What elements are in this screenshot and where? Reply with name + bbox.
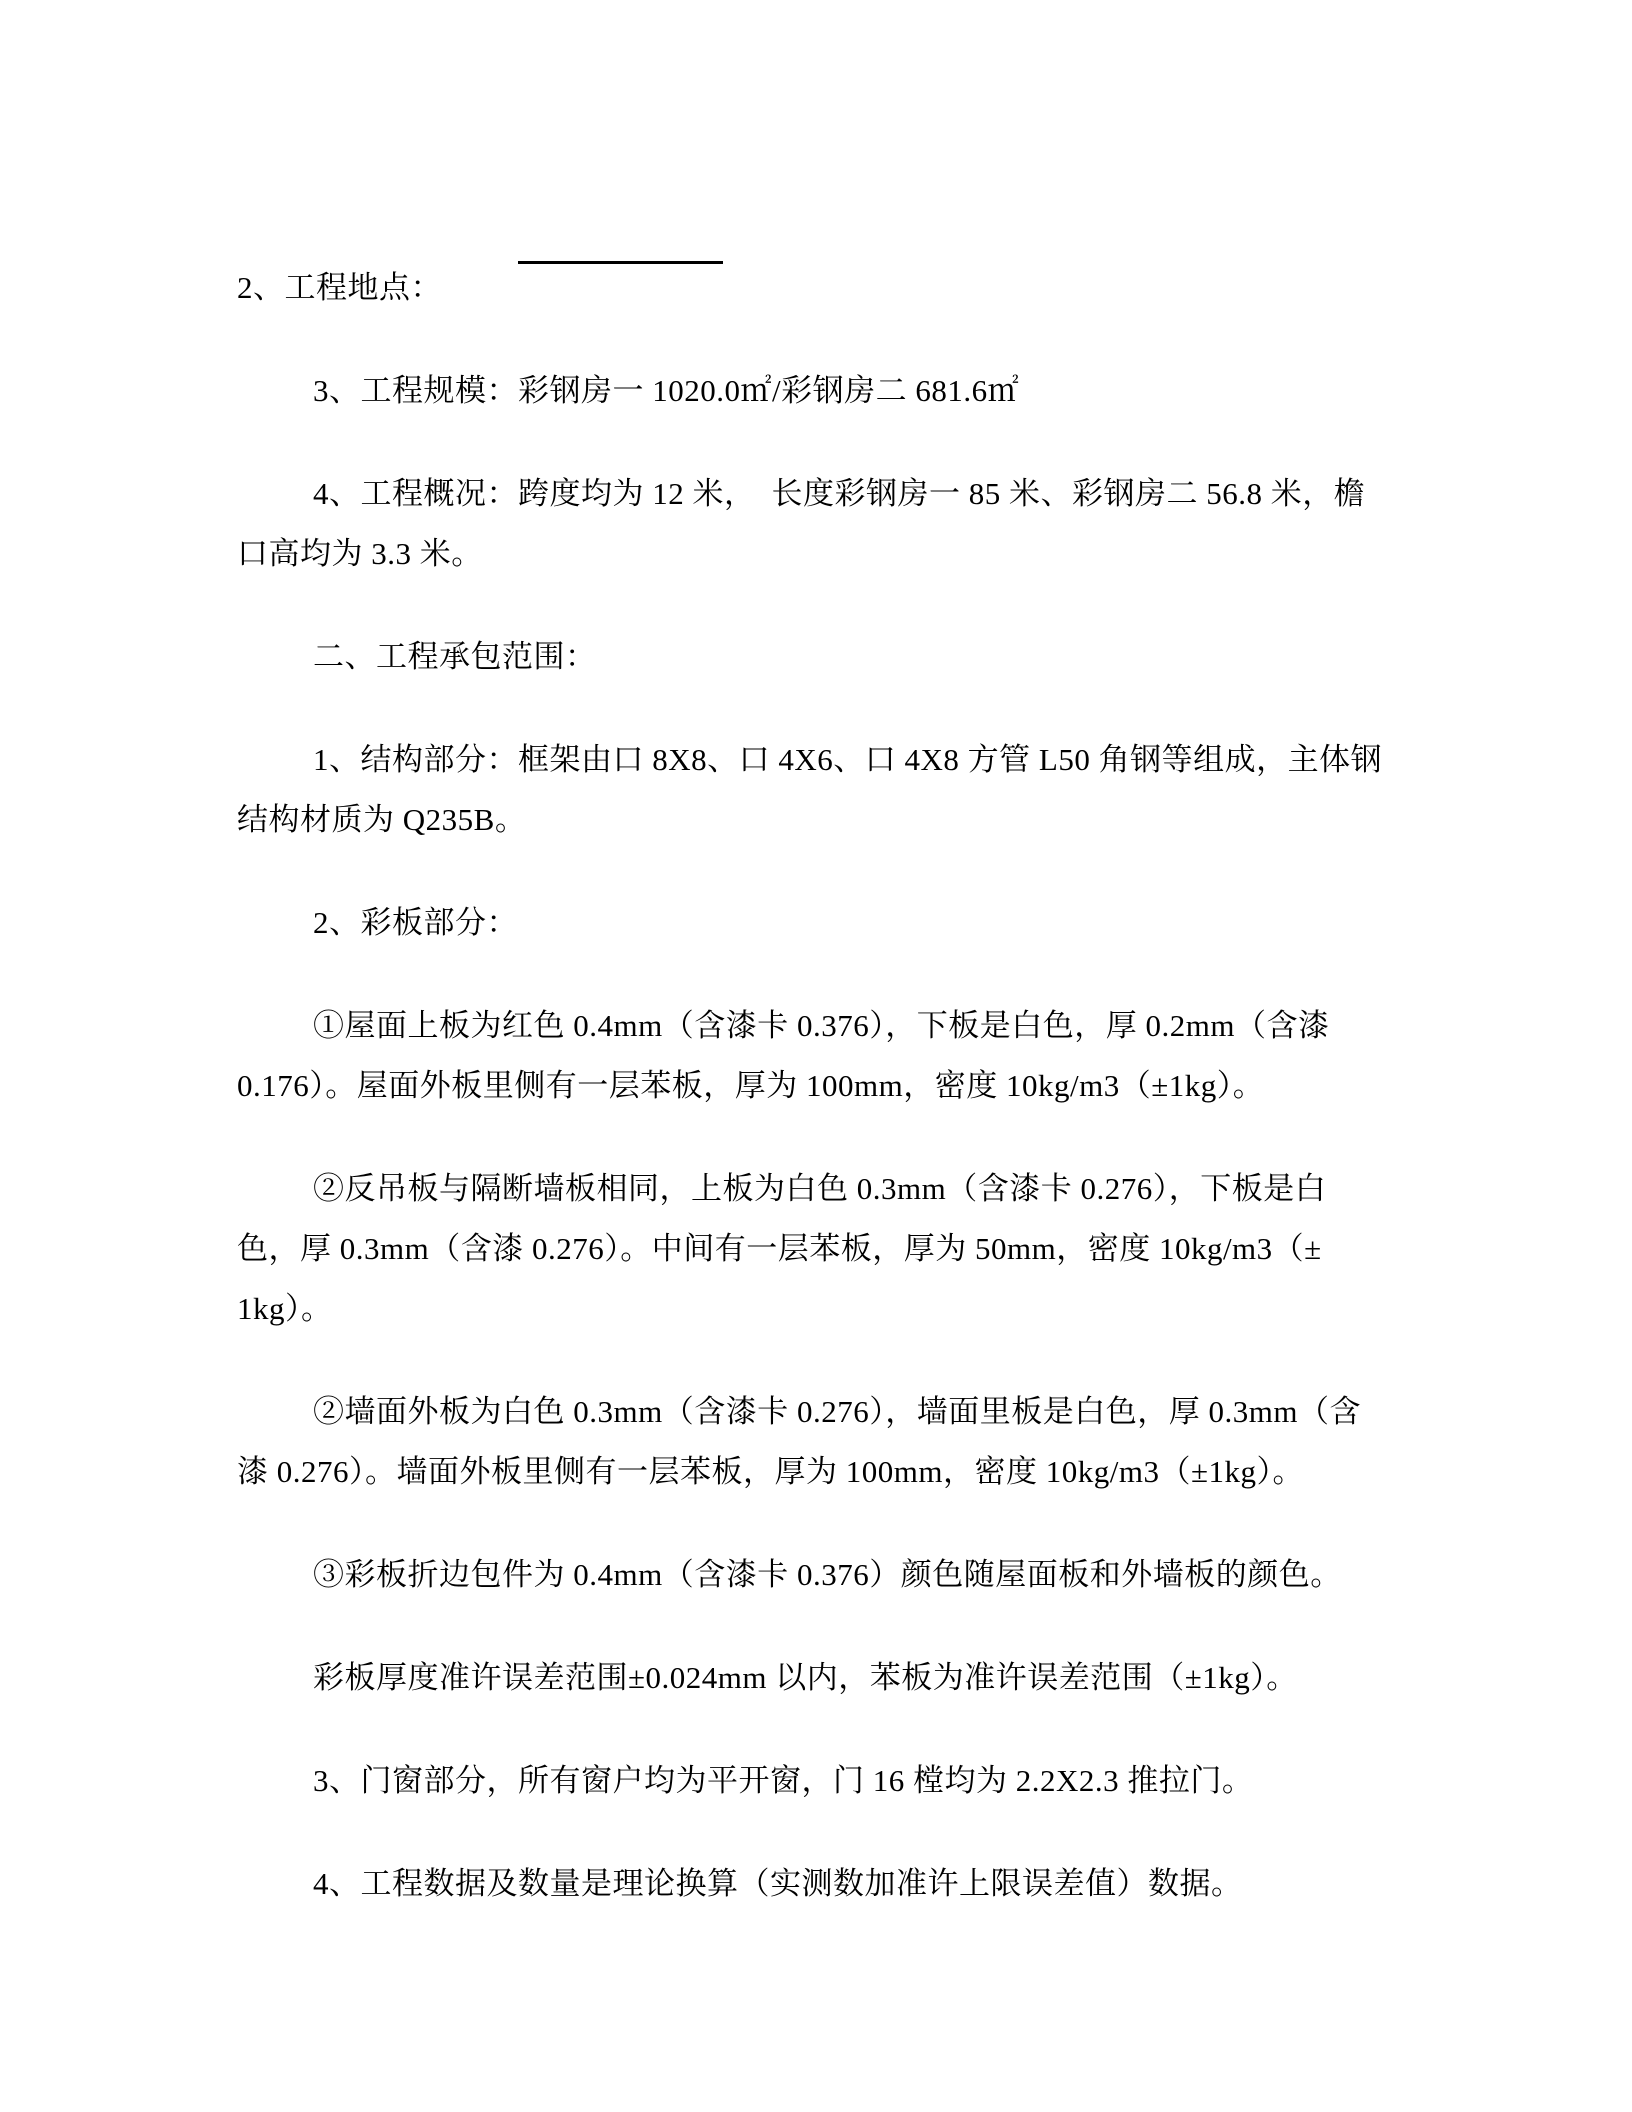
text-line: 口高均为 3.3 米。 [237,524,1467,584]
document-body: 2、工程地点： 3、工程规模：彩钢房一 1020.0㎡/彩钢房二 681.6㎡ … [237,258,1467,1914]
text-line: ①屋面上板为红色 0.4mm（含漆卡 0.376），下板是白色，厚 0.2mm（… [237,996,1467,1056]
text-line: ②墙面外板为白色 0.3mm（含漆卡 0.276），墙面里板是白色，厚 0.3m… [237,1382,1467,1442]
text-line: 0.176）。屋面外板里侧有一层苯板，厚为 100mm，密度 10kg/m3（±… [237,1056,1467,1116]
text-line: 2、工程地点： [237,258,1467,318]
text-line: 漆 0.276）。墙面外板里侧有一层苯板，厚为 100mm，密度 10kg/m3… [237,1442,1467,1502]
paragraph-ceiling-panel: ②反吊板与隔断墙板相同，上板为白色 0.3mm（含漆卡 0.276），下板是白 … [237,1159,1467,1339]
paragraph-roof-panel: ①屋面上板为红色 0.4mm（含漆卡 0.376），下板是白色，厚 0.2mm（… [237,996,1467,1116]
paragraph-doors-windows: 3、门窗部分，所有窗户均为平开窗，门 16 樘均为 2.2X2.3 推拉门。 [237,1751,1467,1811]
document-page: 2、工程地点： 3、工程规模：彩钢房一 1020.0㎡/彩钢房二 681.6㎡ … [0,0,1632,2112]
text-line: 1、结构部分：框架由口 8X8、口 4X6、口 4X8 方管 L50 角钢等组成… [237,730,1467,790]
paragraph-project-overview: 4、工程概况：跨度均为 12 米， 长度彩钢房一 85 米、彩钢房二 56.8 … [237,464,1467,584]
text-line: 2、彩板部分： [237,893,1467,953]
paragraph-folded-edge: ③彩板折边包件为 0.4mm（含漆卡 0.376）颜色随屋面板和外墙板的颜色。 [237,1545,1467,1605]
paragraph-project-data: 4、工程数据及数量是理论换算（实测数加准许上限误差值）数据。 [237,1854,1467,1914]
text-line: 4、工程数据及数量是理论换算（实测数加准许上限误差值）数据。 [237,1854,1467,1914]
paragraph-wall-panel: ②墙面外板为白色 0.3mm（含漆卡 0.276），墙面里板是白色，厚 0.3m… [237,1382,1467,1502]
text-line: 4、工程概况：跨度均为 12 米， 长度彩钢房一 85 米、彩钢房二 56.8 … [237,464,1467,524]
text-line: 色，厚 0.3mm（含漆 0.276）。中间有一层苯板，厚为 50mm，密度 1… [237,1219,1467,1279]
text-line: ②反吊板与隔断墙板相同，上板为白色 0.3mm（含漆卡 0.276），下板是白 [237,1159,1467,1219]
text-line: 3、工程规模：彩钢房一 1020.0㎡/彩钢房二 681.6㎡ [237,361,1467,421]
text-line: 彩板厚度准许误差范围±0.024mm 以内，苯板为准许误差范围（±1kg）。 [237,1648,1467,1708]
paragraph-color-panel-heading: 2、彩板部分： [237,893,1467,953]
paragraph-contract-scope-heading: 二、工程承包范围： [237,627,1467,687]
text-line: 结构材质为 Q235B。 [237,790,1467,850]
paragraph-thickness-tolerance: 彩板厚度准许误差范围±0.024mm 以内，苯板为准许误差范围（±1kg）。 [237,1648,1467,1708]
text-line: 3、门窗部分，所有窗户均为平开窗，门 16 樘均为 2.2X2.3 推拉门。 [237,1751,1467,1811]
text-line: 二、工程承包范围： [237,627,1467,687]
paragraph-project-location: 2、工程地点： [237,258,1467,318]
paragraph-project-scale: 3、工程规模：彩钢房一 1020.0㎡/彩钢房二 681.6㎡ [237,361,1467,421]
text-line: ③彩板折边包件为 0.4mm（含漆卡 0.376）颜色随屋面板和外墙板的颜色。 [237,1545,1467,1605]
paragraph-structure-section: 1、结构部分：框架由口 8X8、口 4X6、口 4X8 方管 L50 角钢等组成… [237,730,1467,850]
text-line: 1kg）。 [237,1279,1467,1339]
